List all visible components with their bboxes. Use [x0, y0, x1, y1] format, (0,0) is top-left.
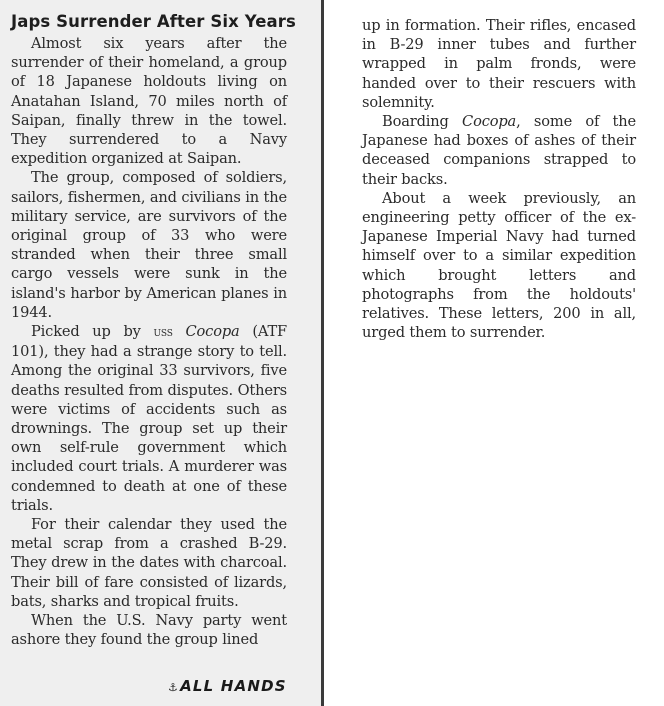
anchor-icon: ⚓: [168, 681, 179, 694]
paragraph-3-rest: (ATF 101), they had a strange story to t…: [11, 323, 287, 514]
ship-prefix: uss: [153, 325, 172, 340]
paragraph-3: Picked up by uss Cocopa (ATF 101), they …: [11, 322, 287, 515]
ship-name: Cocopa: [186, 323, 240, 340]
right-column: up in formation. Their rifles, encased i…: [362, 16, 636, 342]
paragraph-1: Almost six years after the surrender of …: [11, 34, 287, 168]
ship-name: Cocopa: [462, 113, 516, 130]
paragraph-6: up in formation. Their rifles, encased i…: [362, 16, 636, 112]
publication-footer: ⚓ALL HANDS: [168, 677, 287, 695]
paragraph-5: When the U.S. Navy party went ashore the…: [11, 611, 287, 649]
publication-name: ALL HANDS: [180, 677, 287, 695]
paragraph-4: For their calendar they used the metal s…: [11, 515, 287, 611]
left-column: Japs Surrender After Six Years Almost si…: [11, 12, 287, 650]
paragraph-2: The group, composed of soldiers, sailors…: [11, 168, 287, 322]
paragraph-7-start: Boarding: [382, 113, 462, 130]
paragraph-3-start: Picked up by: [31, 323, 153, 340]
paragraph-7: Boarding Cocopa, some of the Japanese ha…: [362, 112, 636, 189]
article-headline: Japs Surrender After Six Years: [11, 12, 287, 32]
paragraph-8: About a week previously, an engineering …: [362, 189, 636, 343]
